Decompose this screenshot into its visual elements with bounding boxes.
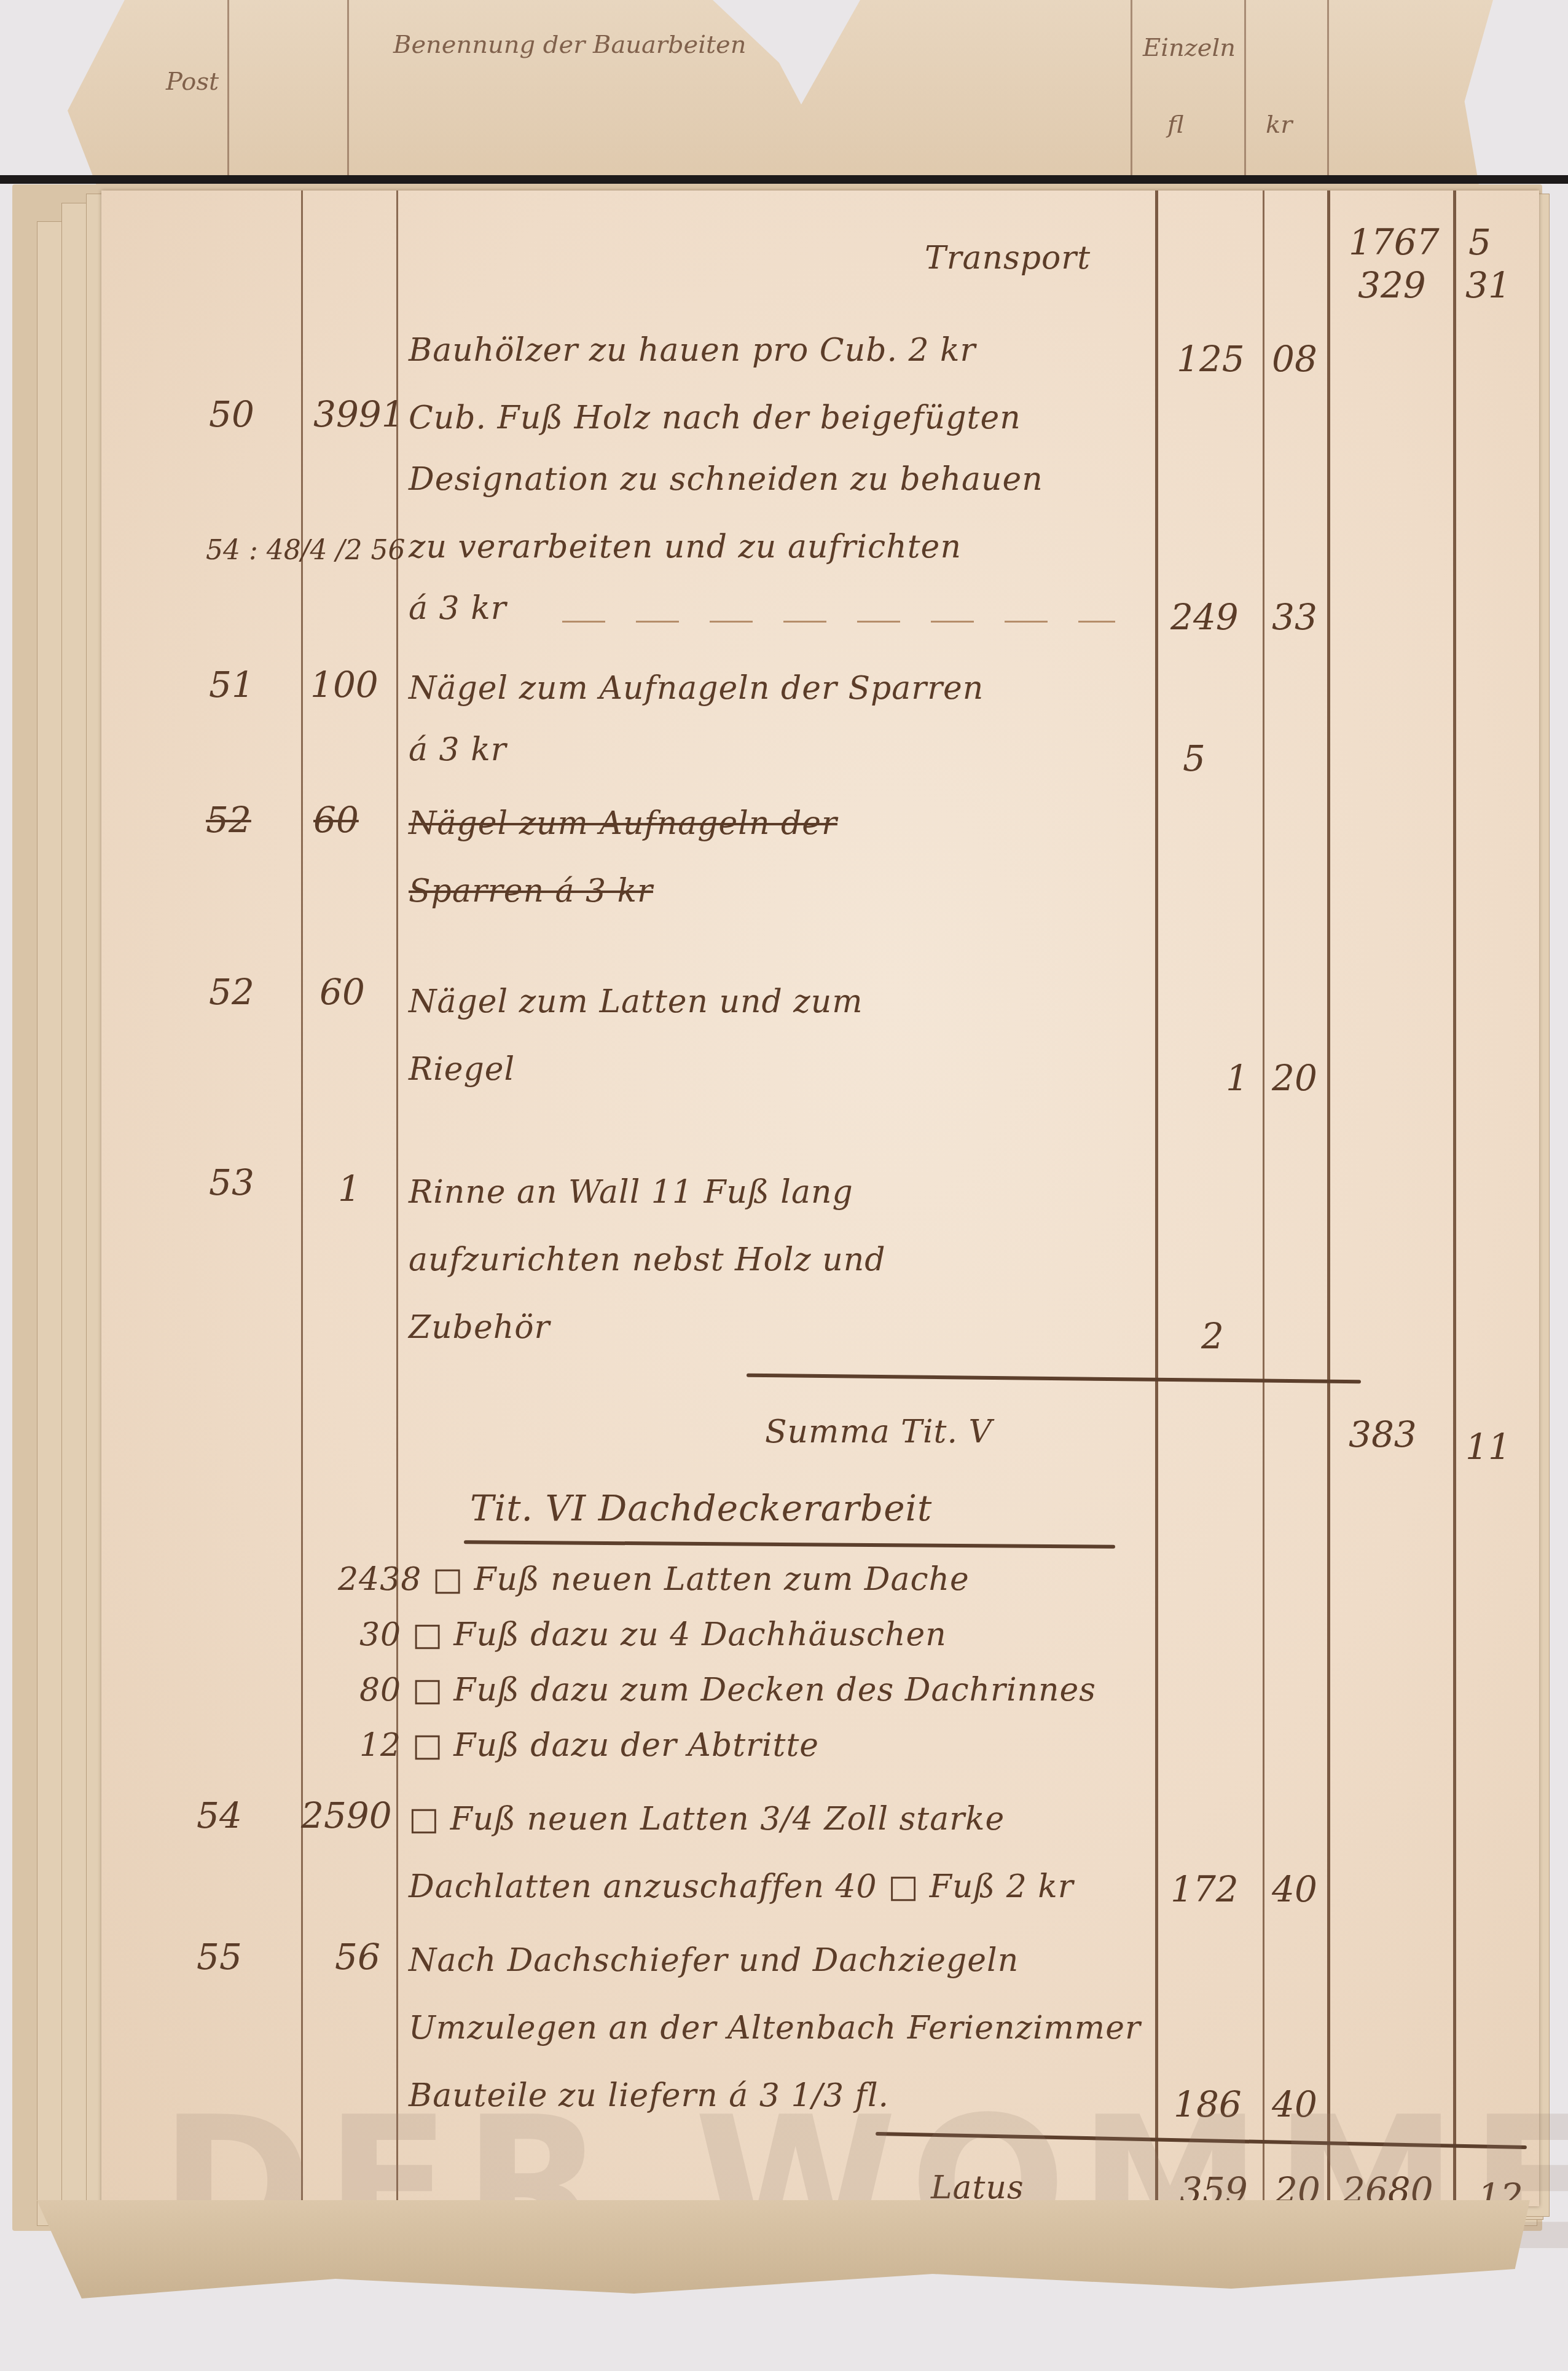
entry-54-kr: 40 (1272, 1868, 1317, 1910)
entry-50-post: 50 (209, 393, 254, 435)
entry-53-line-2: aufzurichten nebst Holz und (409, 1241, 886, 1278)
back-header-kr: kr (1266, 111, 1292, 139)
entry-50-kr: 33 (1272, 596, 1317, 638)
entry-51-post: 51 (209, 664, 254, 706)
entry-52-struck-line-2: Sparren á 3 kr (409, 873, 653, 910)
entry-50-line-5: á 3 kr (409, 590, 507, 627)
entry-50-pre-fl: 125 (1177, 338, 1245, 380)
entry-50-line-4: zu verarbeiten und zu aufrichten (409, 529, 962, 565)
entry-52-kr: 20 (1272, 1057, 1317, 1099)
filler-dashes (562, 621, 1115, 623)
entry-55-line-2: Umzulegen an der Altenbach Ferienzimmer (409, 2010, 1141, 2047)
entry-50-line-1: Bauhölzer zu hauen pro Cub. 2 kr (409, 332, 976, 369)
summa-fl: 383 (1349, 1414, 1417, 1455)
section-note-4: 12 □ Fuß dazu der Abtritte (359, 1727, 819, 1764)
entry-50-quantity: 3991 (313, 393, 404, 435)
entry-53-post: 53 (209, 1162, 254, 1203)
entry-53-quantity: 1 (338, 1168, 361, 1209)
column-rule-total-fl (1327, 191, 1330, 2206)
back-header-einzeln: Einzeln (1143, 34, 1236, 62)
entry-52-struck-post: 52 (206, 799, 251, 841)
column-rule-post (301, 191, 303, 2206)
entry-52-quantity: 60 (319, 971, 365, 1013)
section-note-2: 30 □ Fuß dazu zu 4 Dachhäuschen (359, 1616, 947, 1653)
entry-53-line-3: Zubehör (409, 1309, 550, 1346)
entry-51-line-2: á 3 kr (409, 731, 507, 768)
summa-rule (747, 1374, 1361, 1383)
column-rule-einzeln-fl (1155, 191, 1158, 2206)
section-title: Tit. VI Dachdeckerarbeit (470, 1487, 932, 1529)
section-note-3: 80 □ Fuß dazu zum Decken des Dachrinnes (359, 1672, 1096, 1708)
transport-kr-upper: 5 (1468, 221, 1491, 263)
section-title-underline (464, 1540, 1115, 1548)
entry-51-line-1: Nägel zum Aufnageln der Sparren (409, 670, 984, 707)
back-header-description: Benennung der Bauarbeiten (393, 31, 747, 59)
entry-52-struck-line-1: Nägel zum Aufnageln der (409, 805, 837, 842)
entry-55-post: 55 (197, 1936, 242, 1978)
entry-50-pre-kr: 08 (1272, 338, 1317, 380)
back-column-rule (1327, 0, 1329, 178)
back-column-rule (347, 0, 349, 178)
back-column-rule (1131, 0, 1132, 178)
back-column-rule (1244, 0, 1246, 178)
entry-51-quantity: 100 (310, 664, 378, 706)
transport-kr-lower: 31 (1465, 264, 1511, 306)
section-note-1: 2438 □ Fuß neuen Latten zum Dache (338, 1561, 970, 1598)
entry-54-quantity: 2590 (301, 1795, 392, 1836)
entry-50-fl: 249 (1170, 596, 1239, 638)
entry-53-fl: 2 (1201, 1315, 1224, 1357)
transport-fl-upper: 1767 (1349, 221, 1440, 263)
entry-55-quantity: 56 (335, 1936, 380, 1978)
column-rule-einzeln-kr (1263, 191, 1264, 2206)
scan-gap (0, 175, 1568, 184)
entry-54-line-1: □ Fuß neuen Latten 3/4 Zoll starke (409, 1801, 1005, 1838)
entry-52-line-1: Nägel zum Latten und zum (409, 983, 863, 1020)
entry-54-line-2: Dachlatten anzuschaffen 40 □ Fuß 2 kr (409, 1868, 1074, 1905)
summa-label: Summa Tit. V (765, 1414, 992, 1450)
entry-50-line-3: Designation zu schneiden zu behauen (409, 461, 1043, 498)
back-header-post: Post (166, 68, 219, 96)
entry-50-margin-note: 54 : 48/4 /2 56 (206, 535, 405, 566)
transport-label: Transport (925, 240, 1091, 277)
entry-54-fl: 172 (1170, 1868, 1239, 1910)
entry-54-post: 54 (197, 1795, 242, 1836)
entry-52-struck-quantity: 60 (313, 799, 359, 841)
entry-55-line-1: Nach Dachschiefer und Dachziegeln (409, 1942, 1019, 1979)
summa-kr: 11 (1465, 1426, 1511, 1468)
entry-52-line-2: Riegel (409, 1051, 515, 1088)
entry-50-line-2: Cub. Fuß Holz nach der beigefügten (409, 399, 1021, 436)
entry-51-kr: 5 (1183, 737, 1205, 779)
entry-53-line-1: Rinne an Wall 11 Fuß lang (409, 1174, 853, 1211)
transport-fl-lower: 329 (1358, 264, 1426, 306)
back-column-rule (227, 0, 229, 178)
entry-52-post: 52 (209, 971, 254, 1013)
column-rule-total-kr (1453, 191, 1456, 2206)
column-rule-quantity (396, 191, 398, 2206)
back-header-fl: fl (1167, 111, 1184, 139)
entry-52-fl: 1 (1226, 1057, 1249, 1099)
ledger-page: Transport 1767 329 5 31 Bauhölzer zu hau… (101, 191, 1539, 2206)
